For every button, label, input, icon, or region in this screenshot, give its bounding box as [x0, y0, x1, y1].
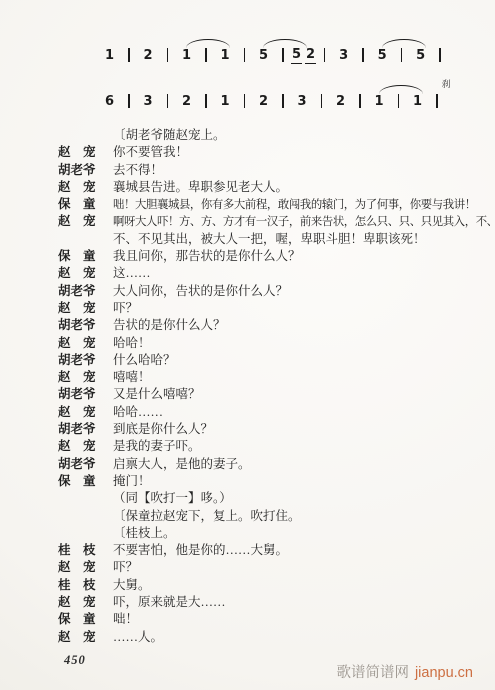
- speaker-name: 赵 宠: [58, 594, 97, 611]
- note-digit: 5: [377, 48, 388, 63]
- line-text: 这……: [113, 266, 151, 280]
- watermark-site-name: 歌谱简谱网: [336, 665, 409, 681]
- line-text: ……人。: [113, 630, 163, 644]
- dialogue-line: 赵 宠吓？: [58, 300, 490, 317]
- barline: [401, 48, 403, 62]
- dialogue-line: 赵 宠这……: [58, 265, 490, 282]
- continuation-line: 不、不见其出，被大人一把，喔，卑职斗胆！卑职该死！: [58, 231, 490, 248]
- measure-cell: 1: [213, 48, 238, 63]
- dialogue-line: 赵 宠吓？: [58, 559, 490, 576]
- note-digit: 3: [143, 94, 154, 109]
- speaker-name: 赵 宠: [58, 369, 97, 386]
- measure-cell: 5: [408, 48, 433, 63]
- dialogue-line: 保 童我且问你，那告状的是你什么人？: [58, 248, 490, 265]
- measure-cell: 2: [251, 94, 276, 109]
- dialogue-line: 赵 宠你不要管我！: [58, 144, 490, 161]
- line-text: 咄！大胆襄城县，你有多大前程，敢闯我的辕门，为了何事，你要与我讲！: [113, 199, 476, 211]
- barline: [205, 48, 207, 62]
- dialogue-line: 赵 宠哈哈！: [58, 335, 490, 352]
- speaker-name: 胡老爷: [58, 352, 97, 369]
- note-digit: 1: [412, 94, 423, 109]
- line-text: 不要害怕，他是你的……大舅。: [113, 543, 288, 557]
- line-text: 是我的妻子吓。: [113, 439, 201, 453]
- speaker-name: 胡老爷: [58, 386, 97, 403]
- line-text: 告状的是你什么人？: [113, 318, 226, 332]
- dialogue-line: 胡老爷大人问你，告状的是你什么人？: [58, 283, 490, 300]
- line-text: 什么哈哈？: [113, 353, 176, 367]
- speaker-name: 胡老爷: [58, 283, 97, 300]
- note-digit: 1: [181, 48, 192, 63]
- speaker-name: 胡老爷: [58, 317, 97, 334]
- speaker-name: 赵 宠: [58, 629, 97, 646]
- barline: [439, 48, 441, 62]
- dialogue-line: 赵 宠嘻嘻！: [58, 369, 490, 386]
- note-digit: 3: [338, 48, 349, 63]
- speaker-name: 赵 宠: [58, 438, 97, 455]
- line-text: 哈哈……: [113, 405, 163, 419]
- line-text: 掩门！: [113, 474, 151, 488]
- line-text: 不、不见其出，被大人一把，喔，卑职斗胆！卑职该死！: [113, 232, 426, 246]
- note-digit: 2: [181, 94, 192, 109]
- measure-cell: 2: [328, 94, 353, 109]
- line-text: 吓，原来就是大……: [113, 595, 226, 609]
- dialogue-line: 赵 宠是我的妻子吓。: [58, 438, 490, 455]
- line-text: 哈哈！: [113, 336, 151, 350]
- speaker-name: 桂 枝: [58, 542, 97, 559]
- measure-cell: 6: [97, 94, 122, 109]
- note-digit: 1: [104, 48, 115, 63]
- speaker-name: 赵 宠: [58, 559, 97, 576]
- line-text: 襄城县告进。卑职参见老大人。: [113, 180, 288, 194]
- speaker-name: 胡老爷: [58, 162, 97, 179]
- note-digit: 5: [291, 47, 302, 64]
- stage-direction: 〔胡老爷随赵宠上。: [58, 127, 490, 144]
- line-text: 咄！: [113, 612, 138, 626]
- stage-direction: 〔保童拉赵宠下，复上。吹打住。: [58, 508, 490, 525]
- dialogue-line: 胡老爷启禀大人，是他的妻子。: [58, 456, 490, 473]
- note-digit: 1: [220, 94, 231, 109]
- stage-direction: 〔桂枝上。: [58, 525, 490, 542]
- barline: [244, 94, 246, 108]
- dialogue-line: 赵 宠……人。: [58, 629, 490, 646]
- barline: [282, 48, 284, 62]
- barline: [167, 48, 169, 62]
- script-lines: 〔胡老爷随赵宠上。赵 宠你不要管我！胡老爷去不得！赵 宠襄城县告进。卑职参见老大…: [58, 127, 490, 646]
- line-text: 去不得！: [113, 163, 163, 177]
- speaker-name: 保 童: [58, 196, 97, 213]
- measure-cell: 3: [331, 48, 356, 63]
- measure-cell: 1: [97, 48, 122, 63]
- tie-arc: [382, 39, 426, 48]
- barline: [436, 94, 438, 108]
- dialogue-line: 胡老爷又是什么嘻嘻？: [58, 386, 490, 403]
- line-text: 到底是你什么人？: [113, 422, 213, 436]
- line-text: 啊呀大人吓！方、方、方才有一汉子，前来告状，怎么只、只、只见其入，不、: [113, 216, 495, 228]
- barline: [362, 48, 364, 62]
- measure-cell: 2: [136, 48, 161, 63]
- line-text: 你不要管我！: [113, 145, 188, 159]
- barline: [398, 94, 400, 108]
- measure-cell: 52: [290, 47, 318, 64]
- barline: [359, 94, 361, 108]
- measure-cell: 1: [367, 94, 392, 109]
- speaker-name: 赵 宠: [58, 179, 97, 196]
- dialogue-line: 保 童掩门！: [58, 473, 490, 490]
- line-text: 嘻嘻！: [113, 370, 151, 384]
- speaker-name: 赵 宠: [58, 265, 97, 282]
- speaker-name: 赵 宠: [58, 213, 97, 230]
- line-text: 我且问你，那告状的是你什么人？: [113, 249, 301, 263]
- measure-cell: 5: [370, 48, 395, 63]
- speaker-name: 赵 宠: [58, 300, 97, 317]
- dialogue-line: 桂 枝不要害怕，他是你的……大舅。: [58, 542, 490, 559]
- line-text: 启禀大人，是他的妻子。: [113, 457, 251, 471]
- dialogue-line: 赵 宠襄城县告进。卑职参见老大人。: [58, 179, 490, 196]
- barline: [205, 94, 207, 108]
- measure-cell: 1: [405, 94, 430, 109]
- note-digit: 2: [258, 94, 269, 109]
- dialogue-line: 桂 枝大舅。: [58, 577, 490, 594]
- speaker-name: 保 童: [58, 611, 97, 628]
- note-digit: 6: [104, 94, 115, 109]
- note-digit: 5: [258, 48, 269, 63]
- speaker-name: 保 童: [58, 248, 97, 265]
- measure-cell: 5: [251, 48, 276, 63]
- dialogue-line: 赵 宠哈哈……: [58, 404, 490, 421]
- barline: [321, 94, 323, 108]
- note-digit: 1: [374, 94, 385, 109]
- note-digit: 2: [305, 47, 316, 64]
- dialogue-line: 胡老爷什么哈哈？: [58, 352, 490, 369]
- dialogue-line: 保 童咄！大胆襄城县，你有多大前程，敢闯我的辕门，为了何事，你要与我讲！: [58, 196, 490, 213]
- dialogue-line: 赵 宠啊呀大人吓！方、方、方才有一汉子，前来告状，怎么只、只、只见其入，不、: [58, 213, 490, 230]
- tie-arc: [379, 85, 423, 94]
- speaker-name: 赵 宠: [58, 404, 97, 421]
- score-book-page: 1211552355632123211刹 〔胡老爷随赵宠上。赵 宠你不要管我！胡…: [0, 0, 495, 690]
- note-digit: 2: [335, 94, 346, 109]
- line-text: 〔胡老爷随赵宠上。: [113, 128, 226, 142]
- line-text: 〔桂枝上。: [113, 526, 176, 540]
- line-text: 大人问你，告状的是你什么人？: [113, 284, 288, 298]
- barline: [128, 94, 130, 108]
- stop-mark: 刹: [442, 77, 451, 90]
- dialogue-line: 胡老爷告状的是你什么人？: [58, 317, 490, 334]
- dialogue-line: 胡老爷到底是你什么人？: [58, 421, 490, 438]
- line-text: 吓？: [113, 301, 138, 315]
- measure-cell: 3: [136, 94, 161, 109]
- note-digit: 3: [297, 94, 308, 109]
- speaker-name: 赵 宠: [58, 144, 97, 161]
- line-text: 又是什么嘻嘻？: [113, 387, 201, 401]
- watermark-site-url: jianpu.cn: [415, 665, 473, 681]
- dialogue-line: 赵 宠吓，原来就是大……: [58, 594, 490, 611]
- measure-cell: 3: [290, 94, 315, 109]
- speaker-name: 桂 枝: [58, 577, 97, 594]
- note-digit: 2: [143, 48, 154, 63]
- dialogue-line: 胡老爷去不得！: [58, 162, 490, 179]
- note-digit: 1: [220, 48, 231, 63]
- speaker-name: 保 童: [58, 473, 97, 490]
- notation: 1211552355632123211刹: [97, 46, 447, 110]
- speaker-name: 胡老爷: [58, 421, 97, 438]
- music-cue-line: （同【吹打一】哆。）: [58, 490, 490, 507]
- notation-row: 1211552355: [97, 46, 447, 64]
- speaker-name: 胡老爷: [58, 456, 97, 473]
- note-digit: 5: [415, 48, 426, 63]
- dialogue-line: 保 童咄！: [58, 611, 490, 628]
- speaker-name: 赵 宠: [58, 335, 97, 352]
- barline: [282, 94, 284, 108]
- measure-cell: 2: [174, 94, 199, 109]
- line-text: 大舅。: [113, 578, 151, 592]
- barline: [128, 48, 130, 62]
- barline: [324, 48, 326, 62]
- tie-arc: [186, 39, 230, 48]
- measure-cell: 1: [213, 94, 238, 109]
- line-text: 〔保童拉赵宠下，复上。吹打住。: [113, 509, 301, 523]
- barline: [167, 94, 169, 108]
- line-text: 吓？: [113, 560, 138, 574]
- notation-row: 632123211刹: [97, 92, 447, 110]
- measure-cell: 1: [174, 48, 199, 63]
- page-number: 450: [64, 653, 86, 668]
- barline: [244, 48, 246, 62]
- line-text: （同【吹打一】哆。）: [113, 491, 232, 505]
- watermark: 歌谱简谱网jianpu.cn: [336, 661, 473, 682]
